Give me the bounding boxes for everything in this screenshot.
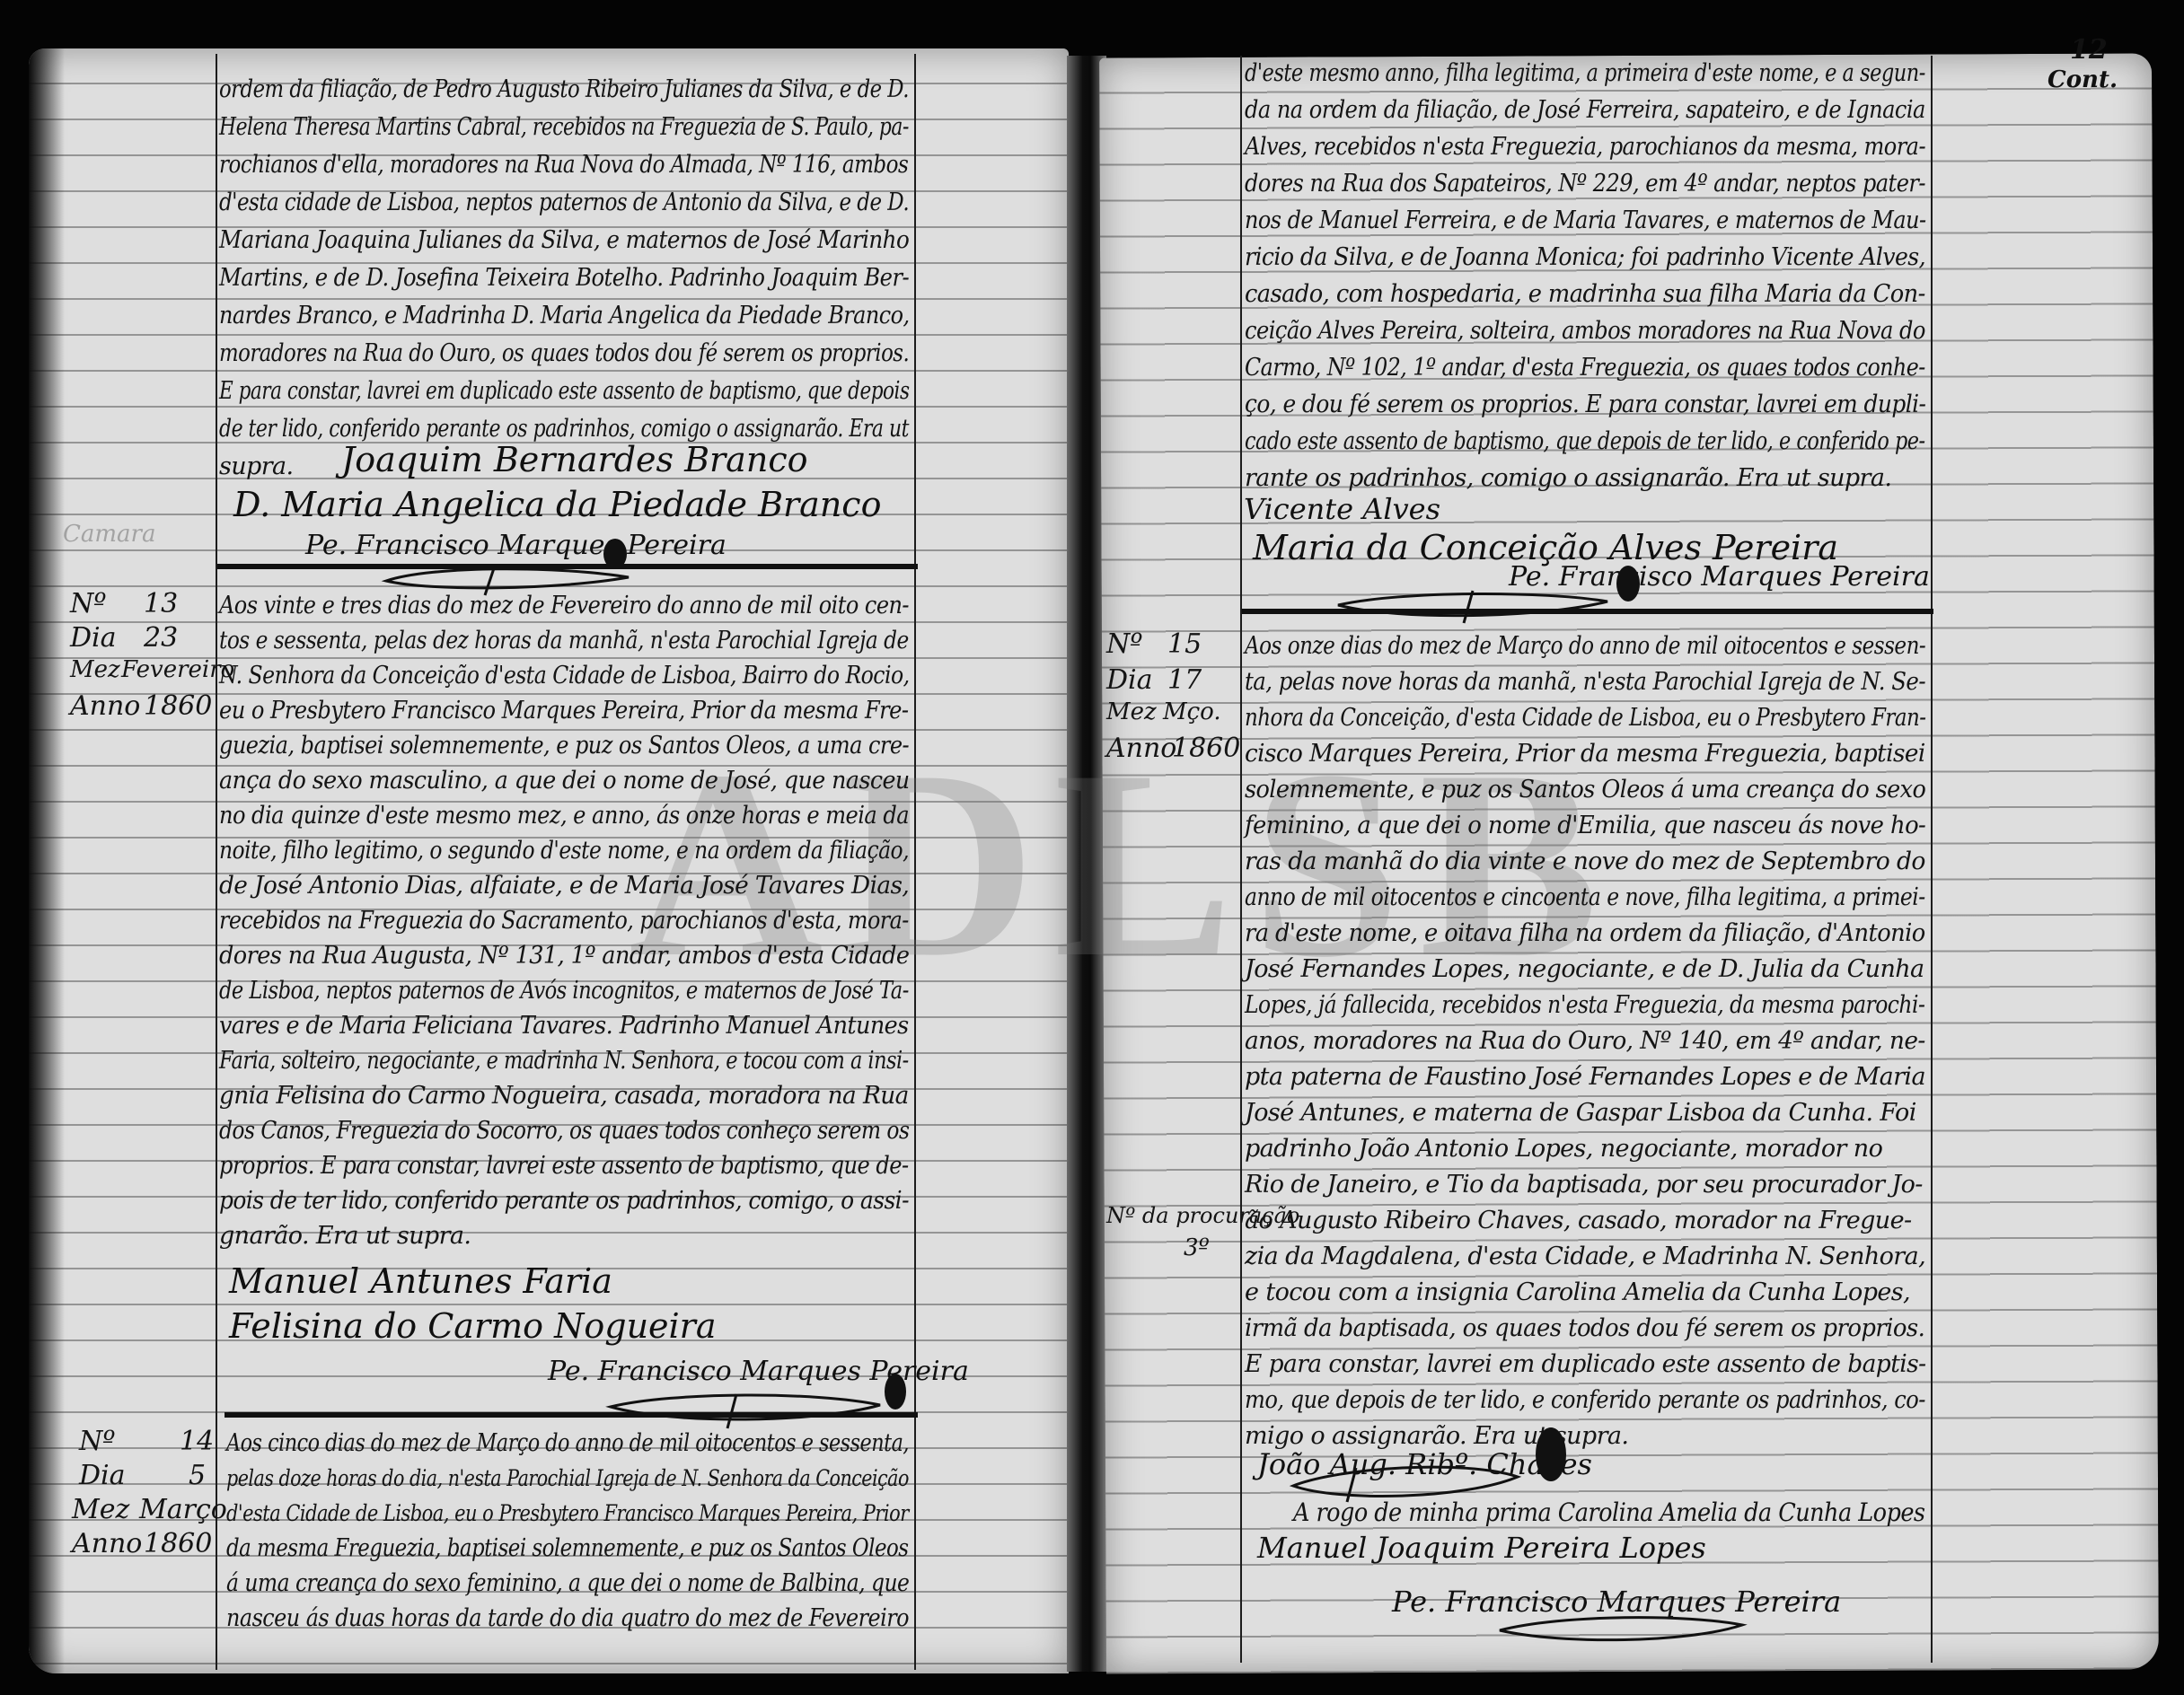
ink-rubric-icon	[1616, 566, 1640, 602]
text-line: de Lisboa, neptos paternos de Avós incog…	[219, 973, 909, 1009]
text-line: E para constar, lavrei em duplicado este…	[219, 373, 910, 409]
text-line: anos, moradores na Rua do Ouro, Nº 140, …	[1245, 1023, 1925, 1059]
text-line: cado este assento de baptismo, que depoi…	[1245, 424, 1925, 460]
entry-month: Mço.	[1163, 698, 1221, 725]
entry-separator-rule	[1242, 609, 1933, 614]
text-line: ras da manhã do dia vinte e nove do mez …	[1245, 844, 1925, 880]
text-line: Alves, recebidos n'esta Freguezia, paroc…	[1245, 129, 1925, 165]
text-line: e tocou com a insignia Carolina Amelia d…	[1245, 1275, 1910, 1311]
text-line: ço, e dou fé serem os proprios. E para c…	[1245, 387, 1925, 423]
entry-day: 17	[1167, 664, 1202, 696]
text-line: dos Canos, Freguezia do Socorro, os quae…	[219, 1113, 909, 1149]
folio-number: 12	[2070, 34, 2108, 66]
entry-month: Fevereiro	[121, 656, 234, 683]
text-line: Faria, solteiro, negociante, e madrinha …	[219, 1043, 909, 1079]
folio-continued-note: Cont.	[2047, 66, 2118, 93]
entry-month: Março	[139, 1494, 227, 1525]
text-line: Martins, e de D. Josefina Teixeira Botel…	[219, 260, 909, 296]
text-line: rochianos d'ella, moradores na Rua Nova …	[219, 147, 908, 183]
faint-margin-note: Camara	[63, 521, 155, 548]
right-margin-rule	[1240, 56, 1242, 1663]
signature-flourish-icon	[1491, 1609, 1760, 1648]
text-line: mo, que depois de ter lido, e conferido …	[1245, 1383, 1925, 1418]
text-line: d'esta Cidade de Lisboa, eu o Presbytero…	[226, 1496, 909, 1532]
text-line: nos de Manuel Ferreira, e de Maria Tavar…	[1245, 203, 1926, 239]
text-line: feminino, a que dei o nome d'Emilia, que…	[1245, 808, 1925, 844]
text-line: nardes Branco, e Madrinha D. Maria Angel…	[219, 298, 910, 334]
text-line: á uma creança do sexo feminino, a que de…	[226, 1566, 909, 1602]
text-line: rante os padrinhos, comigo o assignarão.…	[1245, 461, 1891, 496]
text-line: N. Senhora da Conceição d'esta Cidade de…	[219, 658, 910, 694]
ink-rubric-icon	[885, 1374, 906, 1410]
entry-number-label: Nº	[79, 1426, 115, 1457]
text-line: anno de mil oitocentos e cincoenta e nov…	[1245, 880, 1925, 916]
text-line: ceição Alves Pereira, solteira, ambos mo…	[1245, 313, 1925, 349]
signature-priest: Pe. Francisco Marques Pereira	[548, 1356, 969, 1387]
text-line: ta, pelas nove horas da manhã, n'esta Pa…	[1245, 664, 1925, 700]
procuration-number: 3º	[1184, 1234, 1210, 1261]
text-line: supra.	[219, 449, 294, 485]
signature-godfather: Manuel Antunes Faria	[229, 1261, 612, 1301]
text-line: nhora da Conceição, d'esta Cidade de Lis…	[1245, 700, 1926, 736]
text-line: proprios. E para constar, lavrei este as…	[219, 1148, 909, 1184]
text-line: Aos vinte e tres dias do mez de Fevereir…	[219, 588, 909, 624]
entry-day-label: Dia	[79, 1460, 126, 1491]
entry-day: 23	[144, 622, 178, 654]
entry-year-label: Anno	[1106, 733, 1176, 764]
right-text-right-rule	[1931, 56, 1933, 1663]
entry-number: 14	[180, 1426, 214, 1457]
text-line: gnia Felisina do Carmo Nogueira, casada,…	[219, 1078, 909, 1114]
text-line: José Fernandes Lopes, negociante, e de D…	[1245, 952, 1924, 988]
text-line: da mesma Freguezia, baptisei solemnement…	[226, 1531, 908, 1567]
text-line: pta paterna de Faustino José Fernandes L…	[1245, 1059, 1925, 1095]
entry-year: 1860	[144, 1528, 212, 1559]
text-line: ão Augusto Ribeiro Chaves, casado, morad…	[1245, 1203, 1911, 1239]
text-line: pelas doze horas do dia, n'esta Parochia…	[226, 1461, 909, 1497]
entry-separator-rule	[225, 1412, 918, 1418]
text-line: Carmo, Nº 102, 1º andar, d'esta Freguezi…	[1245, 350, 1925, 386]
text-line: vares e de Maria Feliciana Tavares. Padr…	[219, 1008, 909, 1044]
text-line: Mariana Joaquina Julianes da Silva, e ma…	[219, 223, 909, 259]
text-line: nasceu ás duas horas da tarde do dia qua…	[226, 1601, 909, 1637]
text-line: E para constar, lavrei em duplicado este…	[1245, 1347, 1926, 1383]
text-line: moradores na Rua do Ouro, os quaes todos…	[219, 336, 909, 372]
entry-number: 13	[144, 588, 178, 619]
text-line: irmã da baptisada, os quaes todos dou fé…	[1245, 1311, 1924, 1347]
text-line: Lopes, já fallecida, recebidos n'esta Fr…	[1245, 988, 1924, 1023]
signature-witness: Manuel Joaquim Pereira Lopes	[1257, 1531, 1706, 1565]
text-line: guezia, baptisei solemnemente, e puz os …	[219, 728, 909, 764]
signature-godmother: D. Maria Angelica da Piedade Branco	[233, 485, 881, 524]
text-line: cisco Marques Pereira, Prior da mesma Fr…	[1245, 736, 1925, 772]
entry-day: 5	[189, 1460, 206, 1491]
text-line: gnarão. Era ut supra.	[219, 1218, 471, 1254]
scanned-register-spread: ADLSB 12 Cont. Camara ordem da filiação,…	[0, 0, 2184, 1695]
text-line: dores na Rua dos Sapateiros, Nº 229, em …	[1245, 166, 1925, 202]
text-line: eu o Presbytero Francisco Marques Pereir…	[219, 693, 909, 729]
text-line: ricio da Silva, e de Joanna Monica; foi …	[1245, 240, 1925, 276]
signature-flourish-icon	[1329, 585, 1625, 625]
text-line: recebidos na Freguezia do Sacramento, pa…	[219, 903, 909, 939]
text-line: ordem da filiação, de Pedro Augusto Ribe…	[219, 72, 909, 108]
entry-year-label: Anno	[70, 690, 140, 722]
entry-month-label: Mez	[72, 1494, 129, 1525]
text-line: zia da Magdalena, d'esta Cidade, e Madri…	[1245, 1239, 1925, 1275]
text-line: Aos onze dias do mez de Março do anno de…	[1245, 628, 1925, 664]
entry-number-label: Nº	[1106, 628, 1142, 660]
entry-day-label: Dia	[1106, 664, 1153, 696]
text-line: tos e sessenta, pelas dez horas da manhã…	[219, 623, 909, 659]
entry-number-label: Nº	[70, 588, 106, 619]
text-line: de José Antonio Dias, alfaiate, e de Mar…	[219, 868, 909, 904]
text-line: casado, com hospedaria, e madrinha sua f…	[1245, 277, 1925, 312]
ink-rubric-icon	[1536, 1427, 1566, 1481]
text-line: d'esta cidade de Lisboa, neptos paternos…	[219, 185, 909, 221]
text-line: da na ordem da filiação, de José Ferreir…	[1245, 92, 1925, 128]
text-line: noite, filho legitimo, o segundo d'este …	[219, 833, 909, 869]
entry-number: 15	[1167, 628, 1202, 660]
text-line: José Antunes, e materna de Gaspar Lisboa…	[1245, 1095, 1916, 1131]
signature-by-request-note: A rogo de minha prima Carolina Amelia da…	[1293, 1495, 1924, 1531]
text-line: ra d'este nome, e oitava filha na ordem …	[1245, 916, 1925, 952]
entry-year-label: Anno	[72, 1528, 142, 1559]
text-line: d'este mesmo anno, filha legitima, a pri…	[1245, 56, 1925, 92]
text-line: solemnemente, e puz os Santos Oleos á um…	[1245, 772, 1925, 808]
entry-year: 1860	[1172, 733, 1240, 764]
signature-godfather: Vicente Alves	[1244, 492, 1440, 526]
text-line: padrinho João Antonio Lopes, negociante,…	[1245, 1131, 1882, 1167]
left-page-edge-shadow	[29, 48, 65, 1673]
entry-year: 1860	[144, 690, 212, 722]
entry-separator-rule	[217, 564, 918, 569]
left-text-right-rule	[914, 54, 916, 1670]
entry-month-label: Mez	[70, 656, 120, 683]
signature-priest: Pe. Francisco Marques Pereira	[305, 530, 727, 561]
text-line: Aos cinco dias do mez de Março do anno d…	[226, 1426, 909, 1462]
signature-godfather: Joaquim Bernardes Branco	[341, 440, 807, 479]
text-line: no dia quinze d'este mesmo mez, e anno, …	[219, 798, 909, 834]
entry-day-label: Dia	[70, 622, 117, 654]
text-line: Helena Theresa Martins Cabral, recebidos…	[219, 110, 909, 145]
text-line: pois de ter lido, conferido perante os p…	[219, 1183, 909, 1219]
text-line: ança do sexo masculino, a que dei o nome…	[219, 763, 910, 799]
left-margin-rule	[216, 54, 217, 1670]
text-line: Rio de Janeiro, e Tio da baptisada, por …	[1245, 1167, 1923, 1203]
text-line: dores na Rua Augusta, Nº 131, 1º andar, …	[219, 938, 909, 974]
signature-proxy: Felisina do Carmo Nogueira	[229, 1306, 717, 1346]
entry-month-label: Mez	[1106, 698, 1157, 725]
